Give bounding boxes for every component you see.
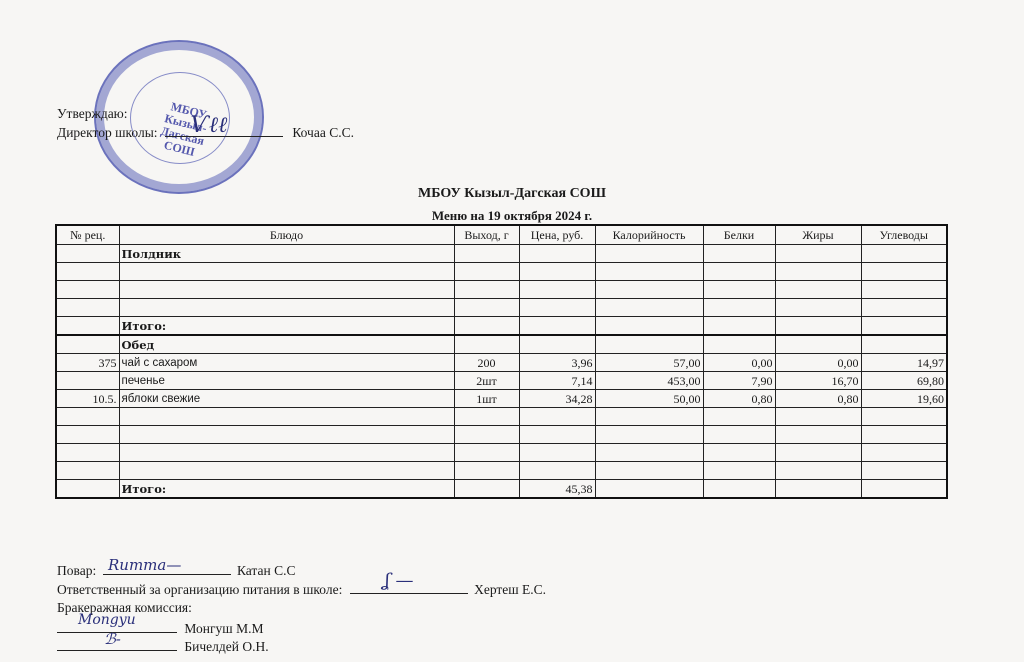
empty-cell [775, 317, 861, 336]
cell-output [454, 426, 519, 444]
empty-cell [56, 335, 119, 354]
empty-cell [454, 480, 519, 499]
table-header-row: № рец. Блюдо Выход, г Цена, руб. Калорий… [56, 225, 947, 245]
cell-carbs [861, 263, 947, 281]
cell-recipe-no [56, 299, 119, 317]
cell-dish [119, 299, 454, 317]
approve-label: Утверждаю: [57, 106, 128, 122]
cell-fat [775, 426, 861, 444]
responsible-line: Ответственный за организацию питания в ш… [57, 581, 546, 598]
empty-cell [56, 245, 119, 263]
col-header-protein: Белки [703, 225, 775, 245]
empty-cell [861, 317, 947, 336]
col-header-output: Выход, г [454, 225, 519, 245]
cell-carbs: 69,80 [861, 372, 947, 390]
empty-cell [519, 335, 595, 354]
cell-recipe-no [56, 372, 119, 390]
cell-price [519, 263, 595, 281]
commission-member-line: Бичелдей О.Н. [57, 638, 269, 655]
section-total-row: Итого: [56, 317, 947, 336]
table-row [56, 408, 947, 426]
cell-price [519, 444, 595, 462]
cook-signature: Rumma— [108, 556, 181, 574]
col-header-recipe-no: № рец. [56, 225, 119, 245]
empty-cell [454, 245, 519, 263]
cell-carbs [861, 299, 947, 317]
total-label: Итого: [119, 317, 454, 336]
section-header-row: Полдник [56, 245, 947, 263]
empty-cell [56, 480, 119, 499]
table-row [56, 299, 947, 317]
cell-price: 7,14 [519, 372, 595, 390]
section-header-row: Обед [56, 335, 947, 354]
menu-table: № рец. Блюдо Выход, г Цена, руб. Калорий… [55, 224, 948, 499]
col-header-calories: Калорийность [595, 225, 703, 245]
cell-recipe-no: 375 [56, 354, 119, 372]
organization-title: МБОУ Кызыл-Дагская СОШ [0, 186, 1024, 202]
cell-protein [703, 444, 775, 462]
cell-calories [595, 263, 703, 281]
commission-signature: Mongyu [78, 612, 136, 628]
total-label: Итого: [119, 480, 454, 499]
empty-cell [775, 480, 861, 499]
empty-cell [56, 317, 119, 336]
cell-calories: 57,00 [595, 354, 703, 372]
cell-dish: чай с сахаром [119, 354, 454, 372]
cell-calories [595, 299, 703, 317]
empty-cell [775, 335, 861, 354]
cell-fat: 0,00 [775, 354, 861, 372]
cell-protein [703, 408, 775, 426]
cell-calories [595, 444, 703, 462]
commission-member-name: Монгуш М.М [184, 621, 263, 636]
col-header-dish: Блюдо [119, 225, 454, 245]
cell-protein: 0,80 [703, 390, 775, 408]
col-header-fat: Жиры [775, 225, 861, 245]
cell-protein [703, 426, 775, 444]
table-row [56, 426, 947, 444]
cell-fat [775, 281, 861, 299]
cell-dish [119, 462, 454, 480]
cell-price [519, 462, 595, 480]
cell-output: 2шт [454, 372, 519, 390]
cell-dish: яблоки свежие [119, 390, 454, 408]
col-header-carbs: Углеводы [861, 225, 947, 245]
cell-recipe-no [56, 281, 119, 299]
empty-cell [861, 335, 947, 354]
cell-output [454, 263, 519, 281]
menu-date-title: Меню на 19 октября 2024 г. [0, 208, 1024, 224]
cell-carbs [861, 462, 947, 480]
empty-cell [454, 317, 519, 336]
empty-cell [703, 245, 775, 263]
empty-cell [861, 480, 947, 499]
empty-cell [595, 317, 703, 336]
cell-output [454, 281, 519, 299]
empty-cell [519, 245, 595, 263]
cell-dish: печенье [119, 372, 454, 390]
cell-calories [595, 426, 703, 444]
cell-recipe-no [56, 462, 119, 480]
cell-fat: 16,70 [775, 372, 861, 390]
cell-fat [775, 263, 861, 281]
cell-fat [775, 444, 861, 462]
cell-protein [703, 299, 775, 317]
cell-calories [595, 408, 703, 426]
document-page: МБОУ Кызыл-Дагская СОШ Утверждаю: Директ… [0, 0, 1024, 662]
cell-dish [119, 281, 454, 299]
cell-protein: 0,00 [703, 354, 775, 372]
cell-price [519, 408, 595, 426]
empty-cell [703, 335, 775, 354]
cell-carbs: 14,97 [861, 354, 947, 372]
cell-carbs [861, 426, 947, 444]
responsible-name: Хертеш Е.С. [474, 582, 546, 597]
commission-member-name: Бичелдей О.Н. [184, 639, 268, 654]
responsible-signature: ʆ — [384, 570, 414, 591]
empty-cell [861, 245, 947, 263]
cell-calories [595, 462, 703, 480]
cell-output: 200 [454, 354, 519, 372]
section-total-row: Итого:45,38 [56, 480, 947, 499]
cell-recipe-no: 10.5. [56, 390, 119, 408]
cell-price [519, 281, 595, 299]
cook-label: Повар: [57, 563, 96, 578]
cell-dish [119, 426, 454, 444]
total-price: 45,38 [519, 480, 595, 499]
total-price [519, 317, 595, 336]
cell-output [454, 299, 519, 317]
cell-protein [703, 263, 775, 281]
cook-name: Катан С.С [237, 563, 296, 578]
table-row: 10.5.яблоки свежие1шт34,2850,000,800,801… [56, 390, 947, 408]
cell-fat: 0,80 [775, 390, 861, 408]
cell-recipe-no [56, 426, 119, 444]
empty-cell [595, 335, 703, 354]
empty-cell [454, 335, 519, 354]
cell-carbs: 19,60 [861, 390, 947, 408]
director-label: Директор школы: [57, 125, 158, 140]
cell-carbs [861, 444, 947, 462]
cell-dish [119, 408, 454, 426]
menu-table-body: ПолдникИтого:Обед375чай с сахаром2003,96… [56, 245, 947, 499]
cell-protein [703, 462, 775, 480]
section-name: Полдник [119, 245, 454, 263]
table-row: 375чай с сахаром2003,9657,000,000,0014,9… [56, 354, 947, 372]
cell-dish [119, 444, 454, 462]
cell-carbs [861, 408, 947, 426]
cell-protein [703, 281, 775, 299]
table-row: печенье2шт7,14453,007,9016,7069,80 [56, 372, 947, 390]
commission-signature: ℬ‐ [104, 630, 121, 648]
empty-cell [703, 480, 775, 499]
cell-output [454, 462, 519, 480]
empty-cell [775, 245, 861, 263]
empty-cell [703, 317, 775, 336]
cell-protein: 7,90 [703, 372, 775, 390]
cell-output [454, 408, 519, 426]
empty-cell [595, 245, 703, 263]
table-row [56, 263, 947, 281]
table-row [56, 281, 947, 299]
responsible-label: Ответственный за организацию питания в ш… [57, 582, 342, 597]
table-row [56, 444, 947, 462]
cell-price: 34,28 [519, 390, 595, 408]
director-signature: Ѵℓℓ [190, 112, 227, 138]
cell-recipe-no [56, 263, 119, 281]
cell-price [519, 426, 595, 444]
empty-cell [595, 480, 703, 499]
cell-price: 3,96 [519, 354, 595, 372]
col-header-price: Цена, руб. [519, 225, 595, 245]
cell-dish [119, 263, 454, 281]
cell-fat [775, 462, 861, 480]
cell-price [519, 299, 595, 317]
director-name: Кочаа С.С. [292, 125, 354, 140]
cell-output [454, 444, 519, 462]
cell-recipe-no [56, 444, 119, 462]
cell-calories [595, 281, 703, 299]
cell-fat [775, 408, 861, 426]
section-name: Обед [119, 335, 454, 354]
cell-calories: 453,00 [595, 372, 703, 390]
cell-calories: 50,00 [595, 390, 703, 408]
cell-output: 1шт [454, 390, 519, 408]
cell-fat [775, 299, 861, 317]
cell-recipe-no [56, 408, 119, 426]
cell-carbs [861, 281, 947, 299]
table-row [56, 462, 947, 480]
